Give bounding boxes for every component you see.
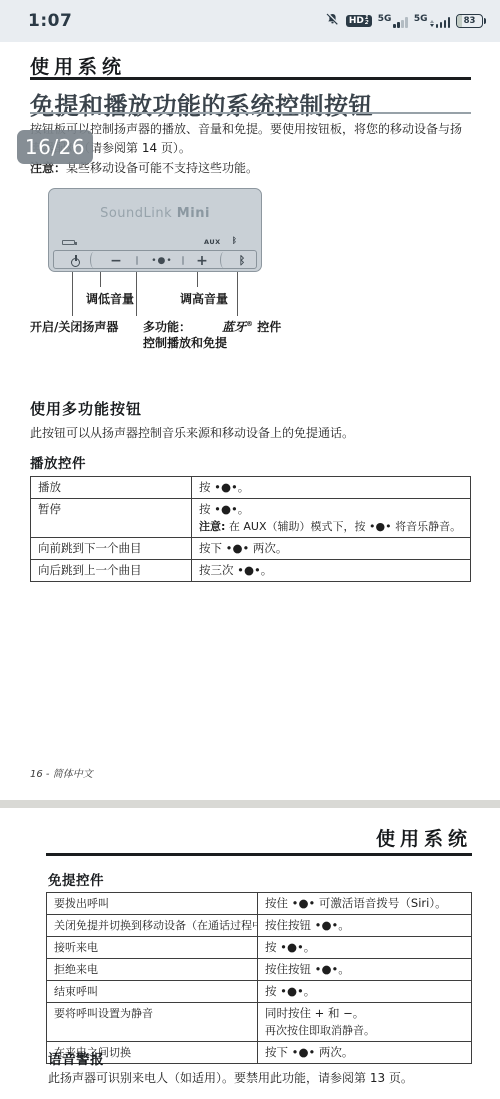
volume-down-button-icon: − xyxy=(106,251,126,270)
section-header: 使用系统 xyxy=(376,824,472,851)
table-cell-label: 播放 xyxy=(31,477,192,499)
hd-voice-icon: HD 1 2 xyxy=(346,15,372,27)
table-row: 暂停 按 •●•。 注意: 在 AUX（辅助）模式下，按 •●• 将音乐静音。 xyxy=(31,499,471,538)
page-indicator-badge: 16/26 xyxy=(17,130,93,164)
leader-line-bluetooth xyxy=(237,272,238,316)
document-page-2[interactable]: 使用系统 免提控件 要拨出呼叫 按住 •●• 可激活语音拨号（Siri）。 关闭… xyxy=(0,808,500,1099)
multifunction-button-icon: •●• xyxy=(148,251,176,270)
table-cell-label: 要拨出呼叫 xyxy=(47,893,258,915)
page-separator xyxy=(0,800,500,808)
table-cell-action: 按下 •●• 两次。 xyxy=(258,1042,472,1064)
leader-line-volume-down xyxy=(100,272,101,287)
table-cell-action: 按 •●•。 xyxy=(258,937,472,959)
table-cell-label: 接听来电 xyxy=(47,937,258,959)
label-volume-up: 调高音量 xyxy=(180,290,228,307)
label-power: 开启/关闭扬声器 xyxy=(30,318,118,335)
table-cell-action: 按下 •●• 两次。 xyxy=(192,538,471,560)
leader-line-multifunction xyxy=(136,272,137,316)
bluetooth-button-icon: ᛒ xyxy=(234,251,250,270)
bluetooth-indicator-icon: ᛒ xyxy=(232,236,237,245)
battery-indicator-icon xyxy=(62,240,75,245)
table-cell-label: 关闭免提并切换到移动设备（在通话过程中） xyxy=(47,915,258,937)
leader-line-volume-up xyxy=(197,272,198,287)
aux-label: AUX xyxy=(204,238,221,246)
leader-line-power xyxy=(72,272,73,316)
table-row: 向前跳到下一个曲目 按下 •●• 两次。 xyxy=(31,538,471,560)
table-cell-label: 拒绝来电 xyxy=(47,959,258,981)
table-row: 在来电之间切换 按下 •●• 两次。 xyxy=(47,1042,472,1064)
table-cell-action: 按 •●•。 xyxy=(258,981,472,1003)
table-cell-label: 结束呼叫 xyxy=(47,981,258,1003)
button-panel: − •●• + ᛒ xyxy=(53,250,257,269)
label-multifunction-2: 控制播放和免提 xyxy=(143,334,227,351)
tick-mark xyxy=(136,256,138,265)
battery-icon: 83 xyxy=(456,14,486,28)
speaker-diagram: SoundLink Mini AUX ᛒ − •●• + ᛒ xyxy=(30,188,470,358)
phone-screen: 1:07 HD 1 2 5G xyxy=(0,0,500,1099)
brand-logo: SoundLink Mini xyxy=(49,206,261,221)
voice-alert-paragraph: 此扬声器可识别来电人（如适用）。要禁用此功能，请参阅第 13 页。 xyxy=(48,1069,472,1088)
table-cell-action: 按 •●•。 xyxy=(192,477,471,499)
page-title: 免提和播放功能的系统控制按钮 xyxy=(30,86,373,121)
table-row: 关闭免提并切换到移动设备（在通话过程中） 按住按钮 •●•。 xyxy=(47,915,472,937)
table-cell-label: 向前跳到下一个曲目 xyxy=(31,538,192,560)
separator xyxy=(220,252,227,268)
section-header: 使用系统 xyxy=(30,52,126,79)
power-button-icon xyxy=(70,255,82,267)
label-bluetooth: 蓝牙® 控件 xyxy=(222,318,281,335)
handsfree-heading: 免提控件 xyxy=(48,869,104,889)
multifunction-heading: 使用多功能按钮 xyxy=(30,398,142,419)
page-footer: 16 - 简体中文 xyxy=(30,765,93,780)
volume-up-button-icon: + xyxy=(192,251,212,270)
signal-sim2-icon: 5G xyxy=(414,15,450,28)
table-row: 要拨出呼叫 按住 •●• 可激活语音拨号（Siri）。 xyxy=(47,893,472,915)
table-cell-action: 同时按住 + 和 −。 再次按住即取消静音。 xyxy=(258,1003,472,1042)
table-row: 要将呼叫设置为静音 同时按住 + 和 −。 再次按住即取消静音。 xyxy=(47,1003,472,1042)
table-cell-action: 按住按钮 •●•。 xyxy=(258,959,472,981)
tick-mark xyxy=(182,256,184,265)
playback-table: 播放 按 •●•。 暂停 按 •●•。 注意: 在 AUX（辅助）模式下，按 •… xyxy=(30,476,471,582)
indicator-strip: AUX ᛒ xyxy=(49,236,261,249)
status-icons: HD 1 2 5G 5G 83 xyxy=(325,12,486,31)
clock: 1:07 xyxy=(28,11,72,31)
table-row: 结束呼叫 按 •●•。 xyxy=(47,981,472,1003)
table-cell-action: 按住 •●• 可激活语音拨号（Siri）。 xyxy=(258,893,472,915)
table-cell-action: 按住按钮 •●•。 xyxy=(258,915,472,937)
handsfree-table: 要拨出呼叫 按住 •●• 可激活语音拨号（Siri）。 关闭免提并切换到移动设备… xyxy=(46,892,472,1064)
label-volume-down: 调低音量 xyxy=(86,290,134,307)
table-cell-action: 按三次 •●•。 xyxy=(192,560,471,582)
table-cell-action: 按 •●•。 注意: 在 AUX（辅助）模式下，按 •●• 将音乐静音。 xyxy=(192,499,471,538)
speaker-top-panel: SoundLink Mini AUX ᛒ − •●• + ᛒ xyxy=(48,188,262,272)
section-rule xyxy=(30,77,471,80)
table-cell-label: 要将呼叫设置为静音 xyxy=(47,1003,258,1042)
note-text: 某些移动设备可能不支持这些功能。 xyxy=(66,161,258,175)
notifications-muted-bell-icon xyxy=(325,12,340,31)
note-paragraph: 注意：某些移动设备可能不支持这些功能。 xyxy=(30,159,472,178)
table-cell-label: 向后跳到上一个曲目 xyxy=(31,560,192,582)
table-row: 播放 按 •●•。 xyxy=(31,477,471,499)
table-row: 接听来电 按 •●•。 xyxy=(47,937,472,959)
playback-heading: 播放控件 xyxy=(30,452,86,472)
title-rule xyxy=(30,112,471,114)
section-rule xyxy=(46,853,472,856)
label-multifunction-1: 多功能： xyxy=(143,318,191,335)
table-cell-label: 暂停 xyxy=(31,499,192,538)
intro-paragraph: 按钮板可以控制扬声器的播放、音量和免提。要使用按钮板，将您的移动设备与扬声器配对… xyxy=(30,120,472,158)
table-row: 拒绝来电 按住按钮 •●•。 xyxy=(47,959,472,981)
voice-alert-heading: 语音警报 xyxy=(48,1048,104,1068)
table-note: 注意: 在 AUX（辅助）模式下，按 •●• 将音乐静音。 xyxy=(199,518,463,535)
status-bar: 1:07 HD 1 2 5G xyxy=(0,0,500,42)
table-row: 向后跳到上一个曲目 按三次 •●•。 xyxy=(31,560,471,582)
signal-sim1-icon: 5G xyxy=(378,15,408,28)
multifunction-paragraph: 此按钮可以从扬声器控制音乐来源和移动设备上的免提通话。 xyxy=(30,424,472,443)
separator xyxy=(90,252,97,268)
